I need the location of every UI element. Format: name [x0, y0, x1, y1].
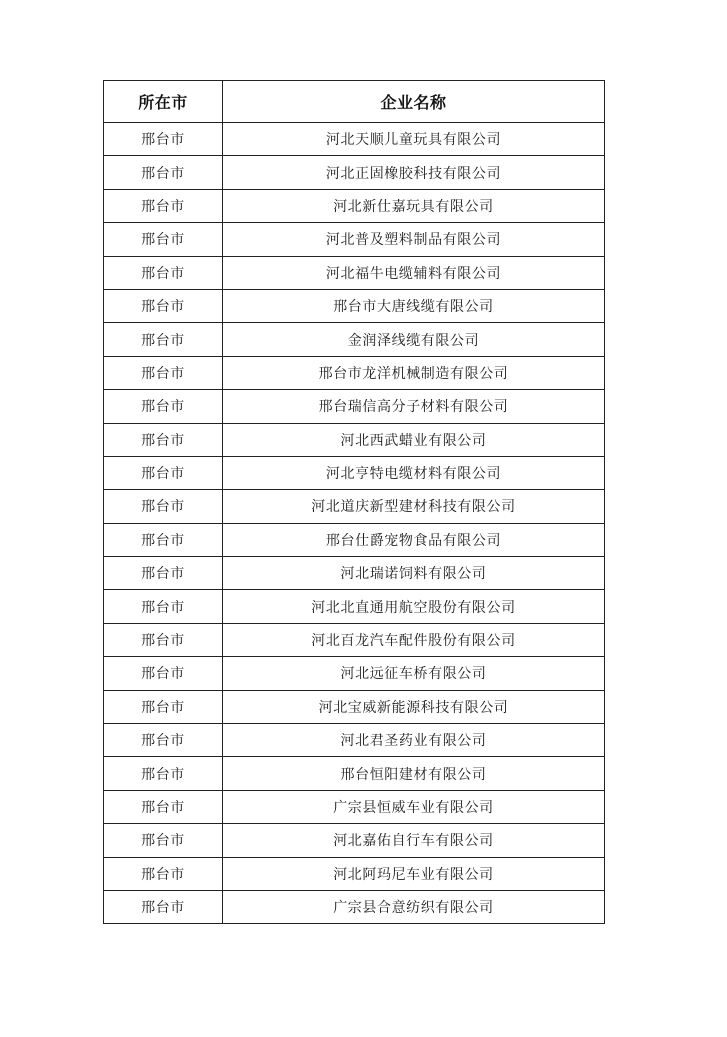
table-row: 邢台市河北君圣药业有限公司 [104, 724, 605, 757]
cell-city: 邢台市 [104, 890, 223, 923]
cell-company: 河北君圣药业有限公司 [223, 724, 605, 757]
cell-city: 邢台市 [104, 690, 223, 723]
cell-city: 邢台市 [104, 223, 223, 256]
company-table: 所在市 企业名称 邢台市河北天顺儿童玩具有限公司 邢台市河北正固橡胶科技有限公司… [103, 80, 605, 924]
cell-city: 邢台市 [104, 657, 223, 690]
cell-city: 邢台市 [104, 490, 223, 523]
cell-city: 邢台市 [104, 757, 223, 790]
cell-city: 邢台市 [104, 523, 223, 556]
cell-company: 金润泽线缆有限公司 [223, 323, 605, 356]
header-company: 企业名称 [223, 81, 605, 123]
cell-company: 河北普及塑料制品有限公司 [223, 223, 605, 256]
table-row: 邢台市邢台瑞信高分子材料有限公司 [104, 390, 605, 423]
cell-company: 河北宝威新能源科技有限公司 [223, 690, 605, 723]
cell-company: 广宗县合意纺织有限公司 [223, 890, 605, 923]
cell-company: 河北北直通用航空股份有限公司 [223, 590, 605, 623]
table-row: 邢台市河北福牛电缆辅料有限公司 [104, 256, 605, 289]
cell-company: 河北亨特电缆材料有限公司 [223, 456, 605, 489]
table-row: 邢台市河北北直通用航空股份有限公司 [104, 590, 605, 623]
table-row: 邢台市河北亨特电缆材料有限公司 [104, 456, 605, 489]
cell-company: 河北瑞诺饲料有限公司 [223, 557, 605, 590]
cell-company: 邢台瑞信高分子材料有限公司 [223, 390, 605, 423]
cell-company: 邢台市大唐线缆有限公司 [223, 289, 605, 322]
cell-city: 邢台市 [104, 724, 223, 757]
cell-city: 邢台市 [104, 824, 223, 857]
table-row: 邢台市广宗县恒威车业有限公司 [104, 790, 605, 823]
table-row: 邢台市河北普及塑料制品有限公司 [104, 223, 605, 256]
cell-company: 河北正固橡胶科技有限公司 [223, 156, 605, 189]
cell-city: 邢台市 [104, 456, 223, 489]
cell-city: 邢台市 [104, 423, 223, 456]
table-row: 邢台市河北新仕嘉玩具有限公司 [104, 189, 605, 222]
table-row: 邢台市金润泽线缆有限公司 [104, 323, 605, 356]
table-row: 邢台市邢台仕爵宠物食品有限公司 [104, 523, 605, 556]
cell-company: 河北福牛电缆辅料有限公司 [223, 256, 605, 289]
cell-company: 河北百龙汽车配件股份有限公司 [223, 623, 605, 656]
cell-city: 邢台市 [104, 356, 223, 389]
table-row: 邢台市河北瑞诺饲料有限公司 [104, 557, 605, 590]
cell-city: 邢台市 [104, 857, 223, 890]
cell-company: 邢台恒阳建材有限公司 [223, 757, 605, 790]
cell-company: 广宗县恒威车业有限公司 [223, 790, 605, 823]
cell-city: 邢台市 [104, 256, 223, 289]
cell-company: 河北阿玛尼车业有限公司 [223, 857, 605, 890]
cell-company: 河北道庆新型建材科技有限公司 [223, 490, 605, 523]
cell-city: 邢台市 [104, 189, 223, 222]
table-row: 邢台市邢台市龙洋机械制造有限公司 [104, 356, 605, 389]
cell-company: 河北天顺儿童玩具有限公司 [223, 123, 605, 156]
cell-company: 邢台市龙洋机械制造有限公司 [223, 356, 605, 389]
cell-company: 河北远征车桥有限公司 [223, 657, 605, 690]
table-row: 邢台市河北正固橡胶科技有限公司 [104, 156, 605, 189]
cell-company: 河北嘉佑自行车有限公司 [223, 824, 605, 857]
cell-company: 河北新仕嘉玩具有限公司 [223, 189, 605, 222]
document-page: 所在市 企业名称 邢台市河北天顺儿童玩具有限公司 邢台市河北正固橡胶科技有限公司… [0, 0, 727, 1037]
cell-company: 河北西武蜡业有限公司 [223, 423, 605, 456]
table-row: 邢台市邢台恒阳建材有限公司 [104, 757, 605, 790]
table-row: 邢台市广宗县合意纺织有限公司 [104, 890, 605, 923]
cell-city: 邢台市 [104, 123, 223, 156]
table-row: 邢台市河北道庆新型建材科技有限公司 [104, 490, 605, 523]
table-row: 邢台市河北百龙汽车配件股份有限公司 [104, 623, 605, 656]
cell-city: 邢台市 [104, 623, 223, 656]
table-row: 邢台市河北天顺儿童玩具有限公司 [104, 123, 605, 156]
cell-city: 邢台市 [104, 790, 223, 823]
cell-city: 邢台市 [104, 289, 223, 322]
cell-city: 邢台市 [104, 323, 223, 356]
header-city: 所在市 [104, 81, 223, 123]
table-row: 邢台市河北嘉佑自行车有限公司 [104, 824, 605, 857]
table-row: 邢台市邢台市大唐线缆有限公司 [104, 289, 605, 322]
cell-city: 邢台市 [104, 590, 223, 623]
table-header-row: 所在市 企业名称 [104, 81, 605, 123]
cell-company: 邢台仕爵宠物食品有限公司 [223, 523, 605, 556]
table-row: 邢台市河北西武蜡业有限公司 [104, 423, 605, 456]
cell-city: 邢台市 [104, 390, 223, 423]
table-row: 邢台市河北远征车桥有限公司 [104, 657, 605, 690]
table-row: 邢台市河北宝威新能源科技有限公司 [104, 690, 605, 723]
table-row: 邢台市河北阿玛尼车业有限公司 [104, 857, 605, 890]
cell-city: 邢台市 [104, 156, 223, 189]
cell-city: 邢台市 [104, 557, 223, 590]
